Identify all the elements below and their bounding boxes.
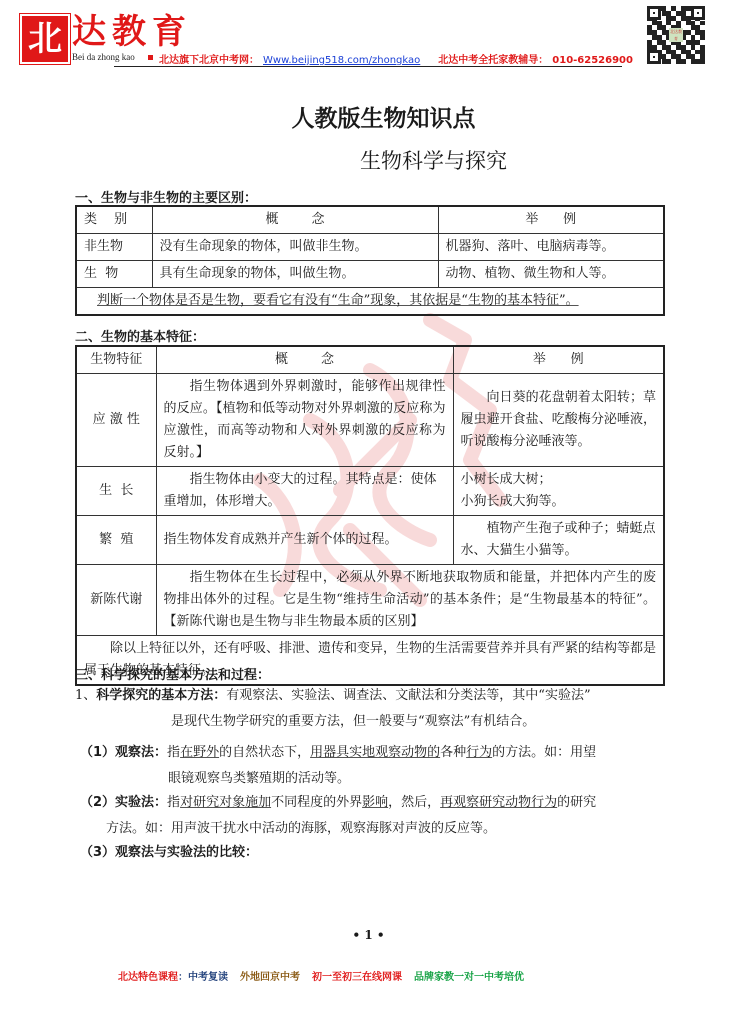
observation-method: （1）观察法：指在野外的自然状态下，用器具实地观察动物的各种行为的方法。如：用望… — [80, 740, 680, 792]
row-feature: 新陈代谢 — [76, 565, 156, 636]
tutor-phone: 010-62526900 — [552, 55, 633, 66]
table-row: 生 长 指生物体由小变大的过程。其特点是：使体重增加，体形增大。 小树长成大树；… — [76, 467, 664, 516]
qr-code-icon: 北达教育 — [647, 6, 705, 64]
row-feature: 生 长 — [76, 467, 156, 516]
table-header-row: 类 别 概 念 举 例 — [76, 206, 664, 234]
row-concept: 指生物体发育成熟并产生新个体的过程。 — [156, 516, 453, 565]
header-feature: 生物特征 — [76, 346, 156, 374]
site-label: 北达旗下北京中考网： — [159, 51, 259, 66]
page-number: • 1 • — [0, 928, 737, 942]
row-example: 向日葵的花盘朝着太阳转；草履虫避开食盐、吃酸梅分泌唾液，听说酸梅分泌唾液等。 — [453, 374, 664, 467]
section1-heading: 一、生物与非生物的主要区别： — [75, 187, 257, 206]
table-header-row: 生物特征 概 念 举 例 — [76, 346, 664, 374]
footer-courses: 北达特色课程 ： 中考复读 外地回京中考 初一至初三在线网课 品牌家教一对一中考… — [118, 968, 524, 983]
example-line: 小狗长成大狗等。 — [461, 491, 657, 513]
page-subtitle: 生物科学与探究 — [0, 145, 737, 175]
header-example: 举 例 — [438, 206, 664, 234]
table-row: 应 激 性 指生物体遇到外界刺激时，能够作出规律性的反应。【植物和低等动物对外界… — [76, 374, 664, 467]
section2-heading: 二、生物的基本特征： — [75, 326, 205, 345]
table-note: 判断一个物体是否是生物，要看它有没有“生命”现象，其依据是“生物的基本特征”。 — [97, 293, 579, 308]
table-row: 新陈代谢 指生物体在生长过程中，必须从外界不断地获取物质和能量，并把体内产生的废… — [76, 565, 664, 636]
logo-text: 达教育 — [72, 12, 192, 52]
section3-heading: 三、科学探究的基本方法和过程： — [75, 664, 270, 683]
table-row: 非生物 没有生命现象的物体，叫做非生物。 机器狗、落叶、电脑病毒等。 — [76, 234, 664, 261]
row-category: 非生物 — [76, 234, 152, 261]
header-concept: 概 念 — [156, 346, 453, 374]
course-item: 品牌家教一对一中考培优 — [414, 968, 524, 983]
table-row: 生 物 具有生命现象的物体，叫做生物。 动物、植物、微生物和人等。 — [76, 261, 664, 288]
qr-center-logo: 北达教育 — [669, 28, 683, 42]
row-concept: 具有生命现象的物体，叫做生物。 — [152, 261, 438, 288]
course-item: 中考复读 — [188, 968, 228, 983]
row-concept: 没有生命现象的物体，叫做非生物。 — [152, 234, 438, 261]
bullet-icon — [148, 55, 153, 60]
logo-mark: 北 — [20, 14, 70, 64]
header-category: 类 别 — [76, 206, 152, 234]
method-label: 科学探究的基本方法： — [96, 688, 226, 703]
row-example: 小树长成大树； 小狗长成大狗等。 — [453, 467, 664, 516]
site-link[interactable]: Www.beijing518.com/zhongkao — [263, 55, 420, 66]
row-feature: 繁 殖 — [76, 516, 156, 565]
header-concept: 概 念 — [152, 206, 438, 234]
table-row: 繁 殖 指生物体发育成熟并产生新个体的过程。 植物产生孢子或种子；蜻蜓点水、大猫… — [76, 516, 664, 565]
row-concept: 指生物体遇到外界刺激时，能够作出规律性的反应。【植物和低等动物对外界刺激的反应称… — [156, 374, 453, 467]
basic-features-table: 生物特征 概 念 举 例 应 激 性 指生物体遇到外界刺激时，能够作出规律性的反… — [75, 345, 665, 686]
row-category: 生 物 — [76, 261, 152, 288]
header-info: 北达旗下北京中考网： Www.beijing518.com/zhongkao 北… — [159, 51, 633, 66]
course-item: 初一至初三在线网课 — [312, 968, 402, 983]
row-feature: 应 激 性 — [76, 374, 156, 467]
row-concept: 指生物体在生长过程中，必须从外界不断地获取物质和能量，并把体内产生的废物排出体外… — [156, 565, 664, 636]
observation-label: （1）观察法： — [80, 745, 167, 760]
comparison-heading: （3）观察法与实验法的比较： — [80, 840, 258, 866]
living-vs-nonliving-table: 类 别 概 念 举 例 非生物 没有生命现象的物体，叫做非生物。 机器狗、落叶、… — [75, 205, 665, 316]
row-example: 机器狗、落叶、电脑病毒等。 — [438, 234, 664, 261]
tutor-label: 北达中考全托家教辅导： — [438, 51, 548, 66]
header-example: 举 例 — [453, 346, 664, 374]
header-divider — [114, 66, 622, 67]
method-item-1: 1、科学探究的基本方法：有观察法、实验法、调查法、文献法和分类法等，其中“实验法… — [75, 683, 675, 735]
course-item: 外地回京中考 — [240, 968, 300, 983]
row-concept: 指生物体由小变大的过程。其特点是：使体重增加，体形增大。 — [156, 467, 453, 516]
experiment-label: （2）实验法： — [80, 795, 167, 810]
table-note-row: 判断一个物体是否是生物，要看它有没有“生命”现象，其依据是“生物的基本特征”。 — [76, 288, 664, 316]
course-label: 北达特色课程 — [118, 968, 178, 983]
row-example: 植物产生孢子或种子；蜻蜓点水、大猫生小猫等。 — [453, 516, 664, 565]
page-title: 人教版生物知识点 — [0, 100, 737, 133]
experiment-method: （2）实验法：指对研究对象施加不同程度的外界影响，然后，再观察研究动物行为的研究… — [80, 790, 680, 842]
row-example: 动物、植物、微生物和人等。 — [438, 261, 664, 288]
logo-subtitle: Bei da zhong kao — [72, 52, 135, 62]
example-line: 小树长成大树； — [461, 469, 657, 491]
